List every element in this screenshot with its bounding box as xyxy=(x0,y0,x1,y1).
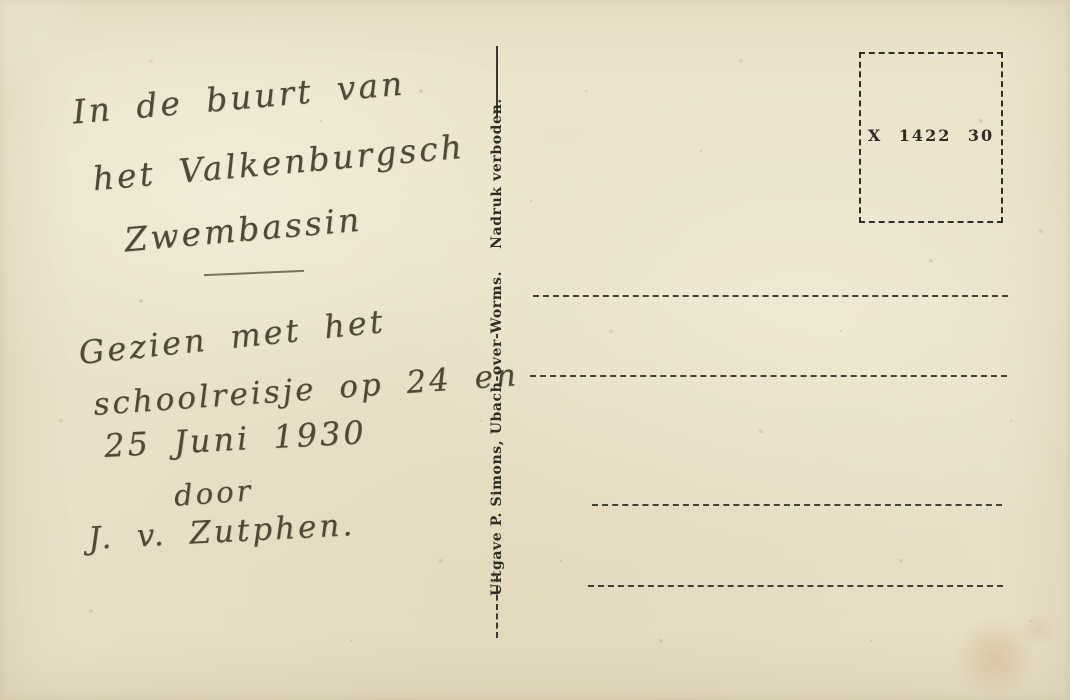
handwritten-line-3: Zwembassin xyxy=(123,200,364,260)
underline-stroke xyxy=(204,270,304,276)
stamp-code: X 1422 30 xyxy=(868,126,994,145)
handwritten-line-4: Gezien met het xyxy=(77,302,387,372)
handwritten-line-1: In de buurt van xyxy=(71,64,407,132)
handwritten-signature: J. v. Zutphen. xyxy=(87,507,356,557)
handwritten-line-7: door xyxy=(173,473,255,512)
address-line-1 xyxy=(533,295,1008,297)
publisher-imprint-line: Uitgave P. Simons, Ubach-over-Worms. Nad… xyxy=(489,98,505,596)
copyright-notice: Nadruk verboden. xyxy=(489,98,505,249)
paper-texture xyxy=(0,0,2,2)
handwritten-line-2: het Valkenburgsch xyxy=(91,127,466,198)
handwritten-line-5: schoolreisje op 24 en xyxy=(92,357,520,423)
handwritten-line-6: 25 Juni 1930 xyxy=(103,413,367,465)
stamp-box: X 1422 30 xyxy=(859,52,1003,223)
address-line-4 xyxy=(588,585,1003,587)
postcard-back: In de buurt van het Valkenburgsch Zwemba… xyxy=(0,0,1070,700)
divider-bottom-line xyxy=(496,576,498,638)
address-line-3 xyxy=(592,504,1002,506)
address-line-2 xyxy=(530,375,1007,377)
publisher-imprint: Uitgave P. Simons, Ubach-over-Worms. xyxy=(489,271,505,596)
